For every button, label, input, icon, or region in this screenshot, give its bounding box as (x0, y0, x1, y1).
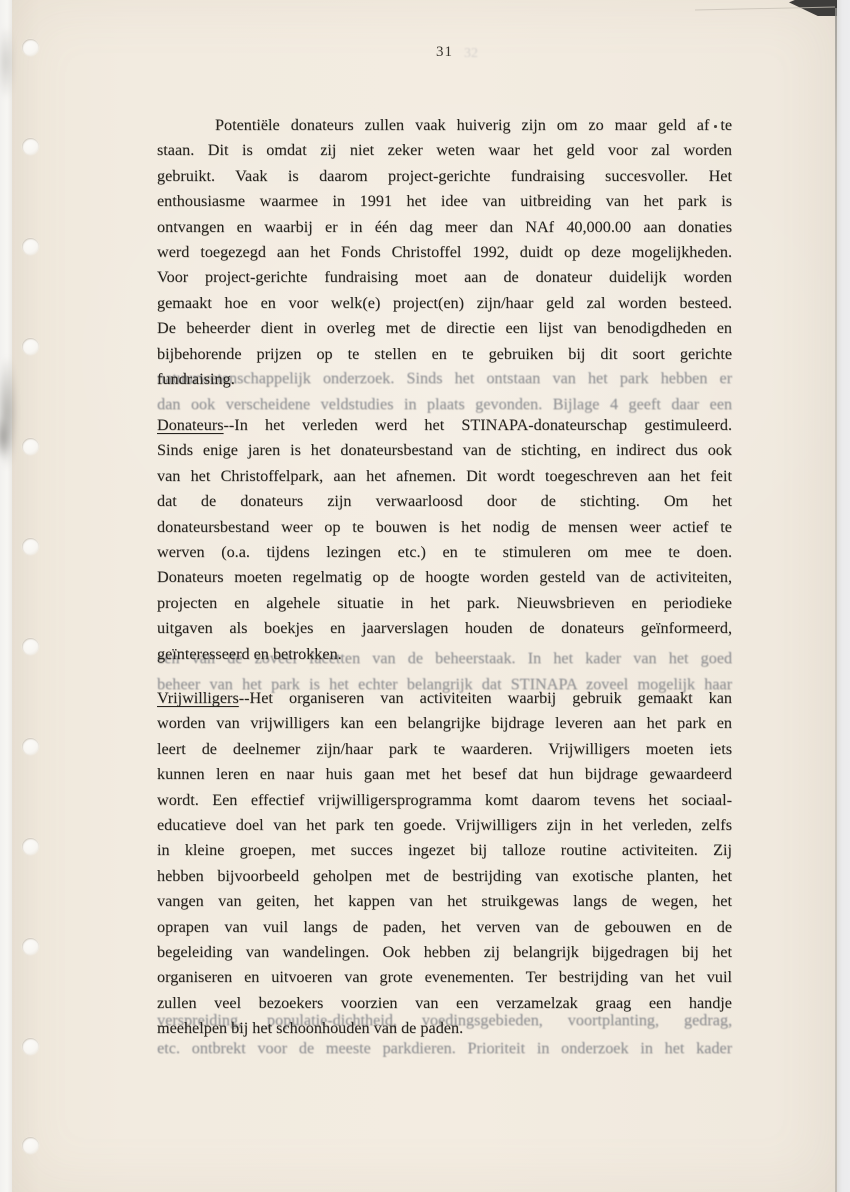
punch-hole (22, 238, 39, 255)
punch-hole (22, 438, 39, 455)
text-line: Vrijwilligers--Het organiseren van activ… (157, 686, 732, 711)
paragraph-vrijwilligers: Vrijwilligers--Het organiseren van activ… (157, 686, 732, 1041)
text-block: natuurwetenschappelijk onderzoek. Sinds … (157, 0, 732, 1192)
text-line: Voor project-gerichte fundraising moet a… (157, 265, 732, 290)
text-line: staan. Dit is omdat zij niet zeker weten… (157, 138, 732, 163)
text-line: leert de deelnemer zijn/haar park te waa… (157, 737, 732, 762)
paper-sheet: 31 32 natuurwetenschappelijk onderzoek. … (12, 0, 837, 1192)
text-line: wordt. Een effectief vrijwilligersprogra… (157, 788, 732, 813)
text-line: Donateurs moeten regelmatig op de hoogte… (157, 565, 732, 590)
scanned-document-screenshot: { "page": { "number": "31", "ghost_page_… (0, 0, 850, 1192)
scanner-margin-right (837, 0, 850, 1192)
punch-hole (22, 838, 39, 855)
scanner-margin-left (0, 0, 12, 1192)
paragraph-donateurs: Donateurs--In het verleden werd het STIN… (157, 413, 732, 667)
punch-hole (22, 138, 39, 155)
text-line: Sinds enige jaren is het donateursbestan… (157, 438, 732, 463)
text-line: Potentiële donateurs zullen vaak huiveri… (157, 113, 732, 138)
text-line: educatieve doel van het park ten goede. … (157, 813, 732, 838)
text-line: Donateurs--In het verleden werd het STIN… (157, 413, 732, 438)
text-line: kunnen leren en naar huis gaan met het b… (157, 762, 732, 787)
text-line: bijbehorende prijzen op te stellen en te… (157, 342, 732, 367)
punch-hole (22, 1137, 39, 1154)
underlined-heading: Vrijwilligers (157, 689, 239, 707)
text-line: zullen veel bezoekers voorzien van een v… (157, 991, 732, 1016)
text-line: meehelpen bij het schoonhouden van de pa… (157, 1016, 732, 1041)
text-line: enthousiasme waarmee in 1991 het idee va… (157, 189, 732, 214)
text-line: organiseren en uitvoeren van grote evene… (157, 965, 732, 990)
text-line: in kleine groepen, met succes ingezet bi… (157, 838, 732, 863)
punch-hole (22, 338, 39, 355)
punch-hole (22, 538, 39, 555)
ink-speck (524, 204, 526, 206)
text-line: donateursbestand weer op te bouwen is he… (157, 515, 732, 540)
text-line: projecten en algehele situatie in het pa… (157, 591, 732, 616)
punch-hole (22, 39, 39, 56)
text-line: gemaakt hoe en voor welk(e) project(en) … (157, 291, 732, 316)
text-line: vangen van geiten, het kappen van het st… (157, 889, 732, 914)
text-line: begeleiding van wandelingen. Ook hebben … (157, 940, 732, 965)
text-line: fundraising. (157, 367, 732, 392)
punch-hole (22, 938, 39, 955)
punch-hole (22, 1038, 39, 1055)
punch-hole (22, 738, 39, 755)
text-line: uitgaven als boekjes en jaarverslagen ho… (157, 616, 732, 641)
text-line: dat de donateurs zijn verwaarloosd door … (157, 489, 732, 514)
text-line: worden van vrijwilligers kan een belangr… (157, 711, 732, 736)
paper-right-edge (835, 8, 837, 1192)
text-line: geïnteresseerd en betrokken. (157, 642, 732, 667)
punch-hole (22, 638, 39, 655)
text-line: werd toegezegd aan het Fonds Christoffel… (157, 240, 732, 265)
text-line: werven (o.a. tijdens lezingen etc.) en t… (157, 540, 732, 565)
paragraph-fundraising: Potentiële donateurs zullen vaak huiveri… (157, 113, 732, 392)
text-line: hebben bijvoorbeeld geholpen met de best… (157, 864, 732, 889)
text-line: De beheerder dient in overleg met de dir… (157, 316, 732, 341)
underlined-heading: Donateurs (157, 416, 224, 434)
text-line: oprapen van vuil langs de paden, het ver… (157, 915, 732, 940)
text-line: gebruikt. Vaak is daarom project-gericht… (157, 164, 732, 189)
ink-speck (714, 125, 717, 128)
text-line: van het Christoffelpark, aan het afnemen… (157, 464, 732, 489)
text-line: ontvangen en waarbij er in één dag meer … (157, 215, 732, 240)
